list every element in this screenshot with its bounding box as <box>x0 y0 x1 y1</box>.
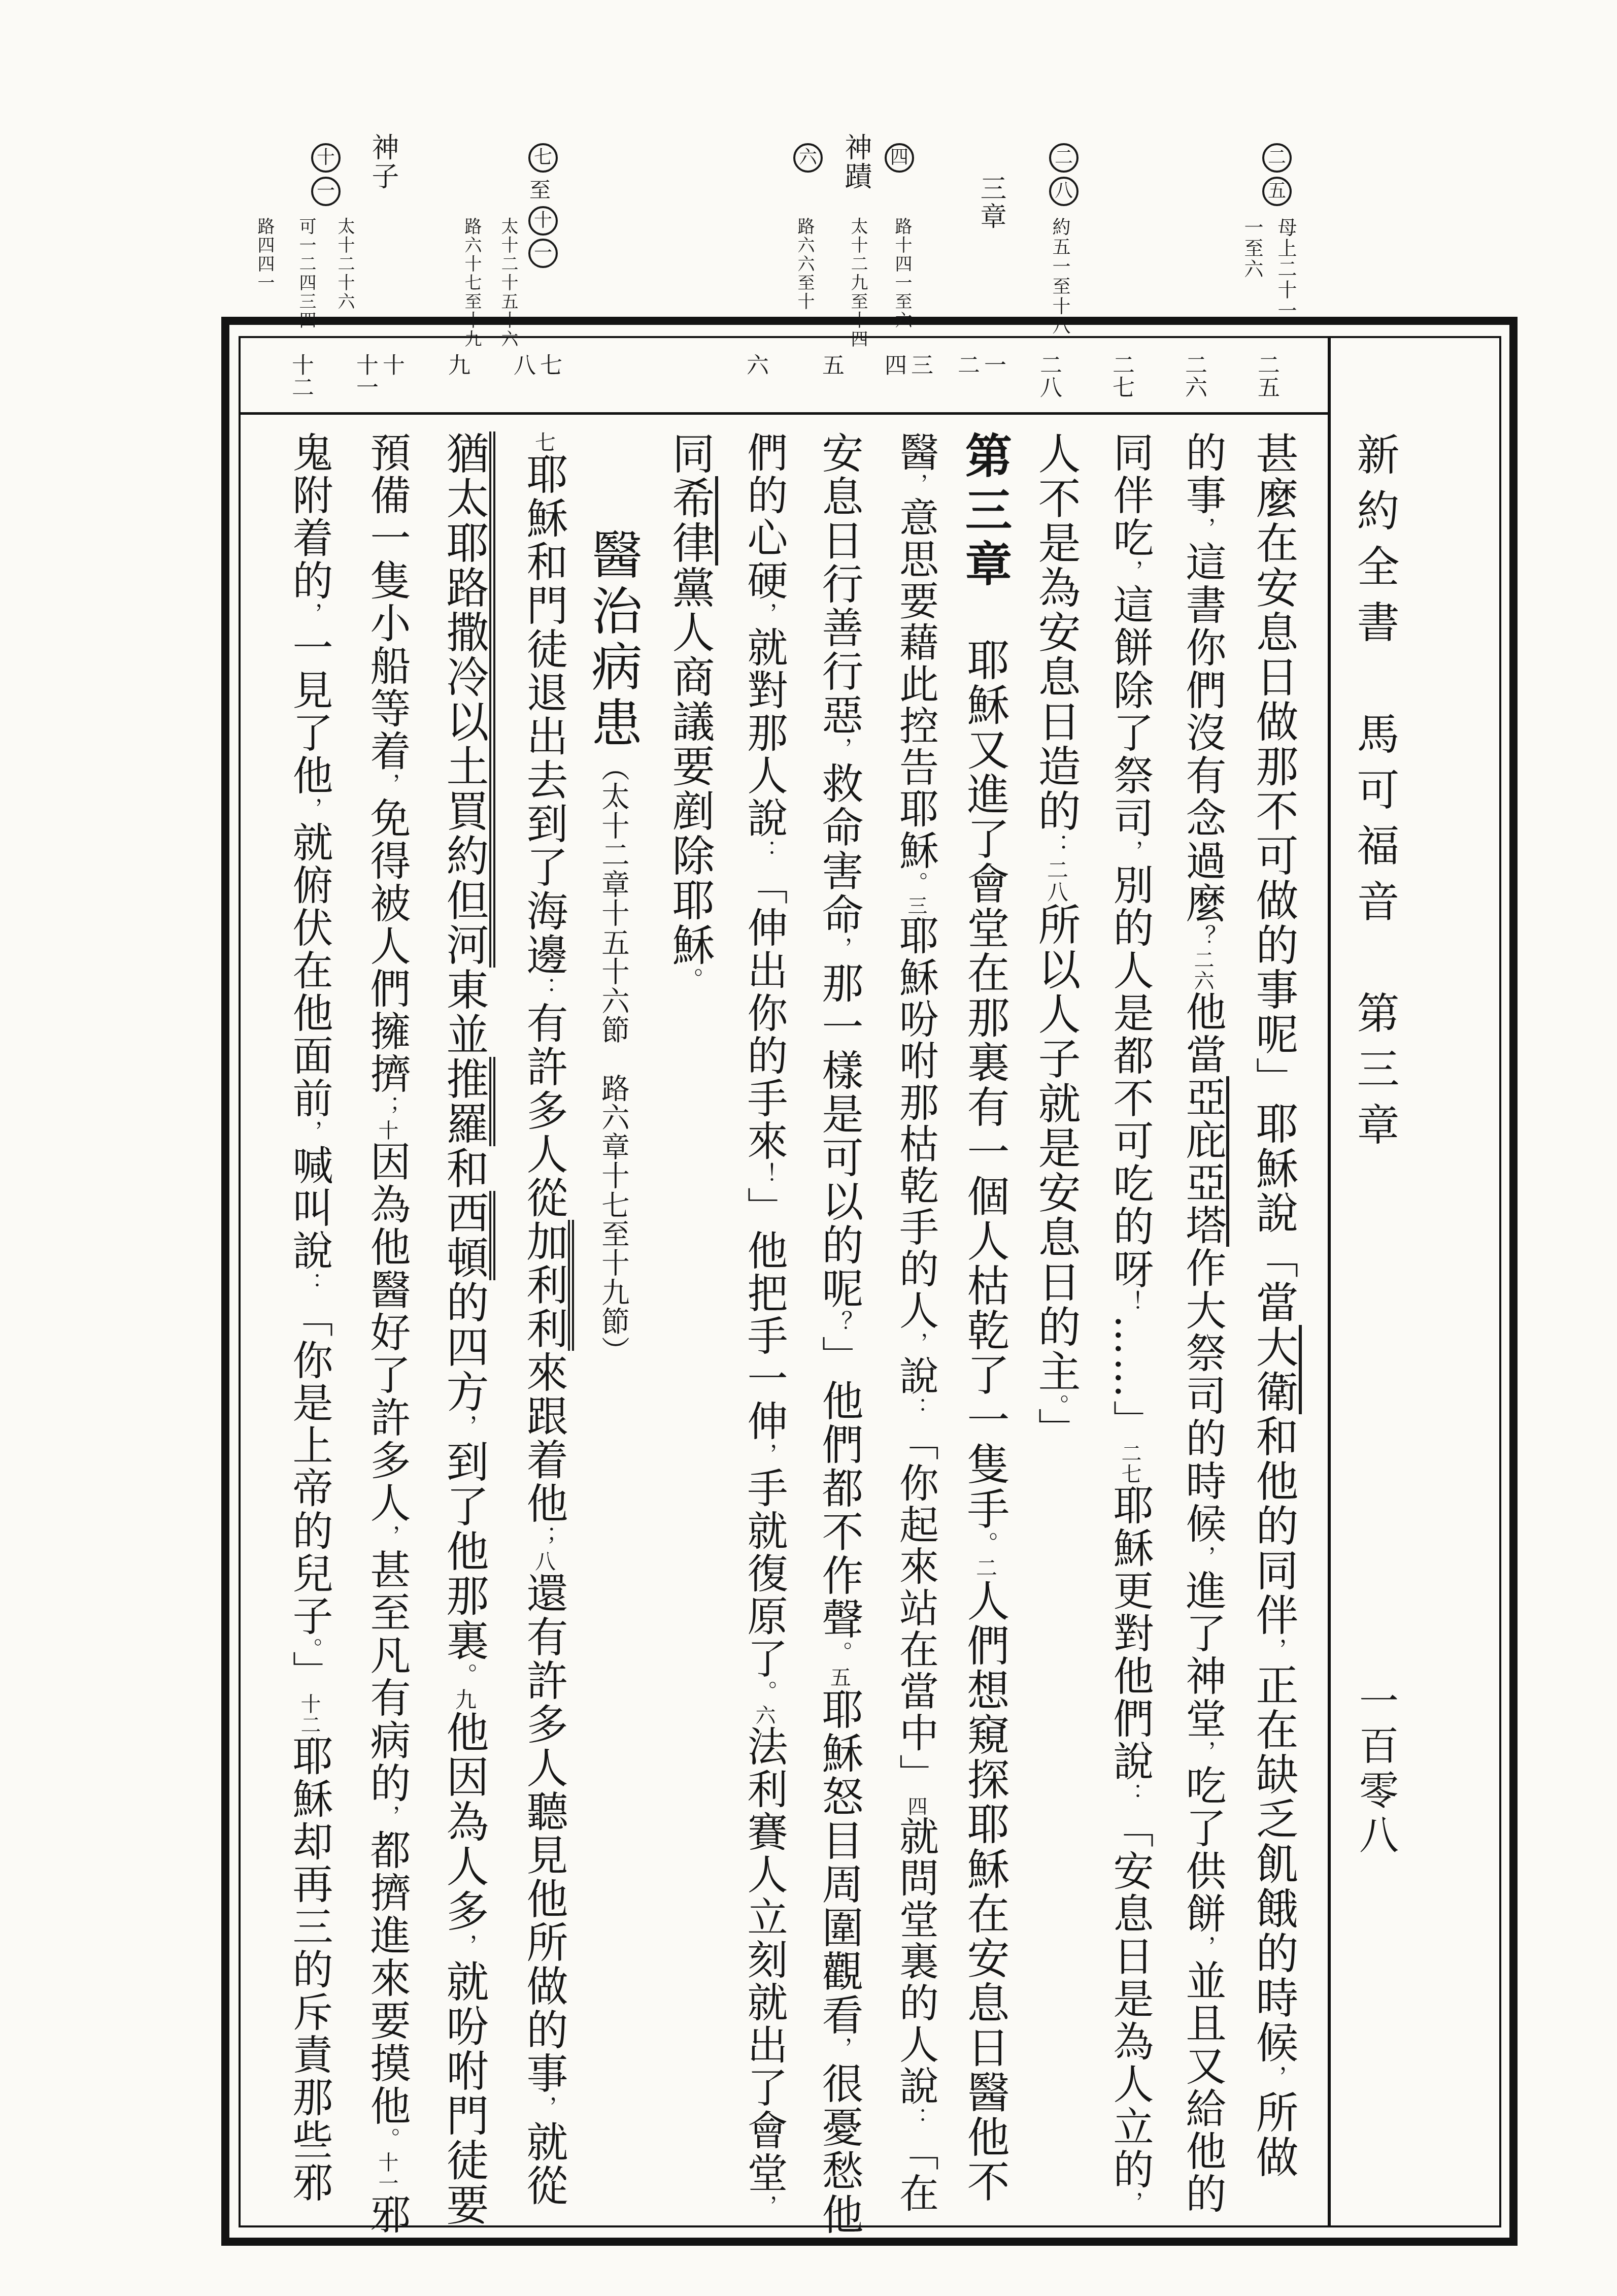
text-run: 就問堂裏的人說 <box>893 1816 938 2108</box>
text-column-2: 的事，這書你們沒有念過麼？二六他當亞庇亞塔作大祭司的時候，進了神堂，吃了供餅，並… <box>1165 431 1223 2239</box>
text-run: 。 <box>751 1680 777 1705</box>
verse-band-numbers: 十十一 <box>347 353 410 410</box>
text-run: 所做 <box>1249 2090 1299 2180</box>
text-run: ： <box>296 1272 322 1296</box>
person-name: 大衛 <box>1249 1325 1302 1414</box>
verse-band-number: 十二 <box>289 353 312 410</box>
text-run: ， <box>1260 1638 1288 1663</box>
section-heading-column: 醫治病患（太十二章十五十六節 路六章十七至十九節） <box>580 431 638 2239</box>
verse-band-numbers: 二八 <box>1017 353 1080 410</box>
text-run: ， <box>1190 1935 1216 1959</box>
margin-reference: 神子 <box>369 133 397 191</box>
text-run: 。 <box>971 1532 999 1557</box>
text-column-3: 同伴吃，這餅除了祭司，別的人是都不可吃的呀！……」二七耶穌更對他們說：「安息日是… <box>1092 431 1150 2239</box>
verse-band-numbers: 十二 <box>269 353 332 410</box>
margin-reference: 母上二十一 <box>1276 217 1295 321</box>
margin-verse-circle: 五 <box>1262 177 1292 206</box>
text-run: 這餅除了祭司 <box>1106 584 1154 840</box>
text-run: 都擠進來要摸他 <box>363 1829 411 2127</box>
text-run: ， <box>903 1332 928 1356</box>
text-run: ， <box>826 737 853 762</box>
verse-band-numbers: 三四 <box>875 353 938 410</box>
text-run: 所以人子就是安息日的主 <box>1031 903 1081 1394</box>
verse-band-number: 八 <box>511 353 533 410</box>
margin-reference: 至 <box>528 179 549 202</box>
text-run: 人們想窺探耶穌在安息日醫他不 <box>960 1579 1010 2204</box>
text-run: 的事 <box>1179 431 1226 517</box>
text-run: ， <box>296 602 322 626</box>
text-column-14: 鬼附着的，一見了他，就俯伏在他面前，喊叫說：「你是上帝的兒子。」十二耶穌却再三的… <box>272 431 329 2239</box>
text-run: 甚麼在安息日做那不可做的事呢」耶穌說「當 <box>1249 431 1299 1325</box>
text-run: 就對那人說 <box>740 626 788 840</box>
text-column-8: 們的心硬，就對那人說：「伸出你的手來！」他把手一伸，手就復原了。六法利賽人立刻就… <box>726 431 784 2239</box>
verse-number-marker: 五 <box>827 1666 851 1687</box>
text-run: ， <box>751 2194 777 2219</box>
text-run: ， <box>296 1120 322 1144</box>
margin-verse-circle: 十 <box>528 206 558 236</box>
margin-verse-circle: 二 <box>1049 143 1079 173</box>
text-run: 手就復原了 <box>740 1467 788 1680</box>
text-run: 「安息日是為人立的 <box>1106 1807 1154 2191</box>
text-run: 安息日行善行惡 <box>815 431 863 737</box>
text-run: 正在缺乏飢餓的時候 <box>1249 1663 1299 2065</box>
place-name: 以土買 <box>440 700 495 834</box>
verse-number-marker: 九 <box>452 1688 477 1710</box>
verse-band-number: 三 <box>908 353 931 410</box>
margin-verse-circle: 一 <box>528 239 558 268</box>
margin-reference: 太十二十五十六 <box>499 217 517 349</box>
text-run: 。 <box>451 1663 478 1688</box>
text-run: 」 <box>286 1651 333 1693</box>
verse-band-number: 六 <box>744 353 766 410</box>
text-run: ！ <box>1117 1290 1143 1315</box>
text-run: 甚至凡有病的 <box>363 1549 411 1805</box>
text-run: 們的心硬 <box>740 431 788 602</box>
verse-number-marker: 六 <box>752 1705 776 1725</box>
person-name: 希律 <box>665 476 718 565</box>
text-run: ： <box>1042 834 1070 859</box>
text-run: 耶穌吩咐那枯乾手的人 <box>893 916 938 1332</box>
text-run: 的四方 <box>440 1280 489 1414</box>
text-run: 進了神堂 <box>1179 1570 1226 1740</box>
text-run: ， <box>1260 2065 1288 2090</box>
text-run: ： <box>530 977 557 1002</box>
text-run <box>960 593 1010 638</box>
verse-band-numbers: 七八 <box>504 353 567 410</box>
text-run: 吃了供餅 <box>1179 1765 1226 1935</box>
text-run: ……」 <box>1106 1315 1154 1443</box>
place-name: 約但河 <box>440 834 495 968</box>
verse-number-marker: 十二 <box>297 1693 321 1735</box>
verse-band-number: 二七 <box>1110 353 1132 410</box>
text-run: 意思要藉此控告耶穌 <box>893 497 938 872</box>
verse-band-numbers: 二五 <box>1235 353 1298 410</box>
text-run: 鬼附着的 <box>286 431 333 602</box>
verse-band-numbers: 六 <box>724 353 787 410</box>
text-run: 耶穌怒目周圍觀看 <box>815 1687 863 2037</box>
scanned-page: 新約全書 馬可福音 第三章 一百零八 甚麼在安息日做那不可做的事呢」耶穌說「當大… <box>0 0 1617 2296</box>
text-run: ， <box>826 2037 853 2061</box>
verse-band-number: 十一 <box>354 353 376 410</box>
text-run: ， <box>751 602 777 626</box>
verse-band-number: 二六 <box>1183 353 1205 410</box>
verse-number-marker: 二七 <box>1118 1443 1141 1484</box>
text-run: 法利賽人立刻就出了會堂 <box>740 1725 788 2194</box>
verse-number-marker: 十一 <box>375 2152 398 2193</box>
text-run: 免得被人們擁擠 <box>363 797 411 1095</box>
text-run: 就吩咐門徒要 <box>440 1959 489 2227</box>
text-run: 同伴吃 <box>1106 431 1154 559</box>
margin-reference: 路四四一 <box>256 217 273 292</box>
text-run: 」 <box>1031 1408 1081 1452</box>
verse-number-marker: 八 <box>531 1550 556 1572</box>
place-name: 猶太 <box>440 431 495 521</box>
text-column-7: 安息日行善行惡，救命害命，那一樣是可以的呢？」他們都不作聲。五耶穌怒目周圍觀看，… <box>802 431 860 2239</box>
text-run: ， <box>296 797 322 821</box>
text-run: 並且又給他的 <box>1179 1959 1226 2215</box>
margin-verse-circle: 十 <box>311 143 341 173</box>
margin-verse-circle: 一 <box>311 177 341 206</box>
text-run: 。 <box>374 2127 400 2152</box>
text-run: ， <box>903 473 928 497</box>
text-run: ， <box>751 1443 777 1467</box>
text-run: 邪 <box>363 2193 411 2236</box>
text-column-5: 第三章 耶穌又進了會堂在那裏有一個人枯乾了一隻手。二人們想窺探耶穌在安息日醫他不 <box>951 431 1008 2239</box>
section-heading: 醫治病患 <box>583 528 643 753</box>
text-run: 那一樣是可以的呢 <box>815 961 863 1311</box>
margin-reference: 路六六至十一 <box>796 217 813 330</box>
text-run: ， <box>1190 1740 1216 1765</box>
text-column-9: 同希律黨人商議要剷除耶穌。 <box>654 431 712 2239</box>
text-run: 「在 <box>893 2132 938 2215</box>
text-run: ， <box>1190 517 1216 541</box>
margin-verse-circle: 四 <box>885 143 914 173</box>
text-run: ： <box>751 840 777 864</box>
verse-band-number: 二五 <box>1255 353 1277 410</box>
verse-band-numbers: 一二 <box>948 353 1011 410</box>
text-run: ， <box>374 1524 400 1549</box>
verse-number-marker: 二六 <box>1191 949 1214 991</box>
text-run: 耶穌和門徒退出去到了海邊 <box>520 453 568 977</box>
verse-band-number: 一 <box>982 353 1004 410</box>
text-run: 。 <box>1042 1394 1070 1408</box>
margin-verse-circle: 七 <box>528 143 558 173</box>
text-run: 「伸出你的手來 <box>740 864 788 1162</box>
verse-band-number: 二 <box>955 353 978 410</box>
verse-number-marker: 十 <box>375 1120 398 1141</box>
text-run: 很憂愁他 <box>815 2062 863 2237</box>
text-run: 預備一隻小船等着 <box>363 431 411 773</box>
text-run: ； <box>530 1525 557 1550</box>
verse-band-numbers: 二七 <box>1090 353 1153 410</box>
text-run: ， <box>451 1934 478 1959</box>
text-run: 黨人商議要剷除耶穌 <box>665 565 715 968</box>
verse-number-marker: 三 <box>904 895 927 916</box>
text-column-13: 預備一隻小船等着，免得被人們擁擠；十因為他醫好了許多人，甚至凡有病的，都擠進來要… <box>349 431 407 2239</box>
text-column-1: 甚麼在安息日做那不可做的事呢」耶穌說「當大衛和他的同伴，正在缺乏飢餓的時候，所做 <box>1237 431 1295 2239</box>
text-run: 還有許多人聽見他所做的事 <box>520 1572 568 2095</box>
text-run: ， <box>451 1414 478 1440</box>
text-run: ， <box>826 937 853 961</box>
text-run: ， <box>1117 840 1143 864</box>
margin-reference: 太十二十六 <box>336 217 353 311</box>
text-run: ？ <box>1190 925 1216 949</box>
text-run: 喊叫說 <box>286 1144 333 1272</box>
verse-band-rule <box>241 412 1328 415</box>
text-run: 這書你們沒有念過麼 <box>1179 541 1226 925</box>
text-run: 。 <box>903 872 928 895</box>
text-run: ： <box>903 2108 928 2132</box>
text-run: 和他的同伴 <box>1249 1414 1299 1638</box>
text-run: ； <box>374 1095 400 1120</box>
text-run: 醫 <box>893 431 938 473</box>
text-run: 耶穌又進了會堂在那裏有一個人枯乾了一隻手 <box>960 638 1010 1532</box>
text-column-4: 人不是為安息日造的：二八所以人子就是安息日的主。」 <box>1020 431 1077 2239</box>
verse-band-number: 五 <box>820 353 842 410</box>
text-run: 一見了他 <box>286 626 333 797</box>
text-run: 和 <box>440 1146 489 1191</box>
margin-reference: 三章 <box>978 175 1004 230</box>
place-name: 耶路撒冷 <box>440 521 495 700</box>
text-run: 「你起來站在當中」 <box>893 1421 938 1796</box>
text-run: 」他把手一伸 <box>740 1187 788 1443</box>
verse-number-marker: 二八 <box>1044 859 1069 903</box>
text-run: 。 <box>296 1638 322 1651</box>
text-run: ？ <box>826 1311 853 1336</box>
text-column-11: 七耶穌和門徒退出去到了海邊：有許多人從加利利來跟着他；八還有許多人聽見他所做的事… <box>507 431 564 2239</box>
text-run: 到了他那裏 <box>440 1440 489 1663</box>
verse-band-numbers: 二六 <box>1162 353 1225 410</box>
place-name: 西頓 <box>440 1191 495 1280</box>
margin-verse-circle: 六 <box>793 143 823 173</box>
margin-verse-circle: 八 <box>1049 177 1079 206</box>
margin-reference: 可一二四三四 <box>297 217 315 330</box>
place-name: 推羅 <box>440 1057 495 1146</box>
margin-verse-circle: 二 <box>1262 143 1292 173</box>
text-run: 」他們都不作聲 <box>815 1336 863 1641</box>
margin-reference: 路六十七至十九 <box>463 217 480 349</box>
margin-reference: 神蹟 <box>843 133 870 191</box>
text-run: ， <box>530 2095 557 2120</box>
text-run: ， <box>374 1805 400 1829</box>
text-run: 來跟着他 <box>520 1351 568 1525</box>
text-run: ！ <box>751 1162 777 1187</box>
text-run: 人不是為安息日造的 <box>1031 431 1081 834</box>
text-column-6: 醫，意思要藉此控告耶穌。三耶穌吩咐那枯乾手的人，說：「你起來站在當中」四就問堂裏… <box>878 431 935 2239</box>
chapter-heading: 第三章 <box>958 431 1013 593</box>
place-name: 加利利 <box>520 1220 574 1351</box>
verse-band-number: 十 <box>380 353 402 410</box>
text-run: ， <box>1117 2191 1143 2215</box>
text-run: 。 <box>826 1641 853 1666</box>
margin-reference: 路十四一至六 <box>893 217 911 330</box>
text-run: ， <box>374 773 400 797</box>
verse-band-number: 二八 <box>1037 353 1060 410</box>
text-run: ， <box>1117 559 1143 584</box>
text-run: 說 <box>893 1356 938 1397</box>
text-run: 他因為人多 <box>440 1710 489 1934</box>
margin-reference: 一至六 <box>1242 217 1262 280</box>
verse-band-number: 七 <box>537 353 560 410</box>
text-run: 就從 <box>520 2120 568 2208</box>
text-run: 作大祭司的時候 <box>1179 1247 1226 1545</box>
text-run: 別的人是都不可吃的呀 <box>1106 864 1154 1290</box>
text-run: 。 <box>677 968 704 993</box>
text-column-12: 猶太耶路撒冷以土買約但河東並推羅和西頓的四方，到了他那裏。九他因為人多，就吩咐門… <box>428 431 486 2239</box>
verse-band-numbers: 五 <box>799 353 862 410</box>
verse-band-number: 四 <box>882 353 904 410</box>
verse-band-numbers: 九 <box>425 353 488 410</box>
text-run: 耶穌更對他們說 <box>1106 1484 1154 1783</box>
page-number: 一百零八 <box>1348 1680 1404 2036</box>
text-run: ： <box>1117 1783 1143 1807</box>
text-run: 「你是上帝的兒子 <box>286 1296 333 1638</box>
title-strip-rule <box>1328 338 1331 2225</box>
text-run: 有許多人從 <box>520 1002 568 1220</box>
person-name: 亞庇亞塔 <box>1179 1076 1229 1247</box>
verse-number-marker: 七 <box>531 431 556 453</box>
text-run: 他當 <box>1179 991 1226 1076</box>
text-run: 耶穌却再三的斥責那些邪 <box>286 1735 333 2204</box>
text-run: 東並 <box>440 968 489 1057</box>
margin-reference: 約五一至十八 <box>1051 217 1069 336</box>
text-run: 就俯伏在他面前 <box>286 821 333 1120</box>
verse-number-marker: 四 <box>904 1796 927 1816</box>
verse-number-marker: 二 <box>973 1557 998 1579</box>
margin-reference: 太十二九至十四 <box>849 217 866 349</box>
text-run: ： <box>903 1397 928 1421</box>
text-run: 同 <box>665 431 715 476</box>
text-run: 救命害命 <box>815 762 863 937</box>
text-run: ， <box>1190 1545 1216 1570</box>
text-run: 因為他醫好了許多人 <box>363 1141 411 1524</box>
section-reference: （太十二章十五十六節 路六章十七至十九節） <box>596 753 629 1365</box>
verse-band-number: 九 <box>446 353 468 410</box>
